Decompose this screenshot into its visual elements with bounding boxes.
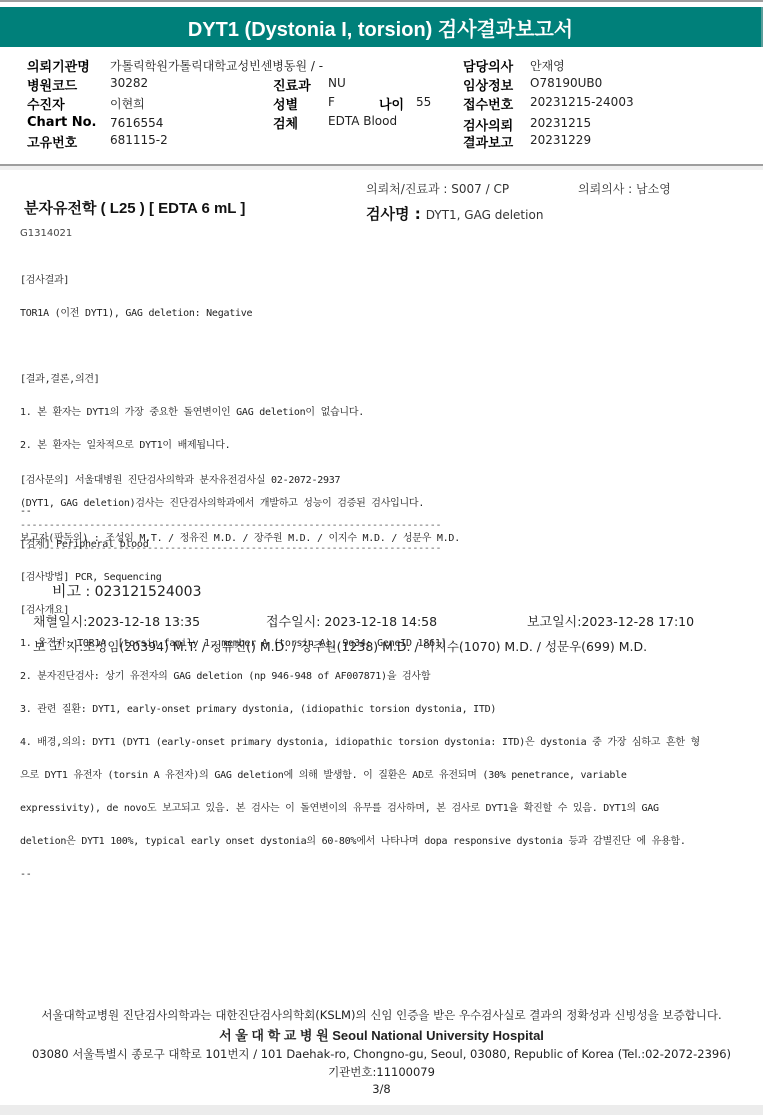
value-clinical-info: O78190UB0 <box>530 76 602 90</box>
inquiry-line: [검사문의] 서울대병원 진단검사의학과 분자유전검사실 02-2072-293… <box>20 475 340 486</box>
label-clinical-info: 임상정보 <box>463 75 513 94</box>
divider-shade <box>0 166 763 170</box>
label-attending-doctor: 담당의사 <box>463 56 513 75</box>
referral-department: 의뢰처/진료과 : S007 / CP <box>366 180 509 197</box>
value-unique-id: 681115-2 <box>110 133 168 147</box>
section-title: 분자유전학 ( L25 ) [ EDTA 6 mL ] <box>24 197 245 218</box>
footer-institution-no: 기관번호:11100079 <box>0 1064 763 1080</box>
reporters-full: 보 고 자:조성임(20394) M.T. / 정유진() M.D. / 장주원… <box>33 636 647 655</box>
reporters-label: 보 고 자 <box>33 640 79 655</box>
report-line: expressivity), de novo도 보고되고 있음. 본 검사는 이… <box>20 803 700 814</box>
reported-value: :2023-12-28 17:10 <box>577 614 694 629</box>
validation-line: (DYT1, GAG deletion)검사는 진단검사의학과에서 개발하고 성… <box>20 498 424 509</box>
report-line: -- <box>20 869 700 880</box>
report-line: [결과,결론,의견] <box>20 374 700 385</box>
exam-name-value: DYT1, GAG deletion <box>426 208 544 222</box>
collected-label: 채혈일시 <box>33 615 83 630</box>
remarks-label: 비고 <box>52 582 81 600</box>
value-age: 55 <box>416 95 431 109</box>
label-requesting-institution: 의뢰기관명 <box>27 56 90 75</box>
label-sex: 성별 <box>273 94 298 113</box>
report-line: 2. 본 환자는 일차적으로 DYT1이 배제됩니다. <box>20 440 700 451</box>
received-datetime: 접수일시: 2023-12-18 14:58 <box>266 611 437 630</box>
value-attending-doctor: 안재영 <box>530 57 565 74</box>
collected-value: :2023-12-18 13:35 <box>83 614 200 629</box>
report-line <box>20 341 700 352</box>
bottom-band <box>0 1105 763 1115</box>
footer-hospital-name: 서 울 대 학 교 병 원 Seoul National University … <box>0 1025 763 1044</box>
report-line: deletion은 DYT1 100%, typical early onset… <box>20 836 700 847</box>
received-label: 접수일시 <box>266 615 316 630</box>
value-accession-no: 20231215-24003 <box>530 95 634 109</box>
value-patient-name: 이현희 <box>110 95 145 112</box>
page-number: 3/8 <box>0 1082 763 1096</box>
exam-name-label: 검사명 : <box>366 205 421 223</box>
label-specimen: 검체 <box>273 113 298 132</box>
remarks-value: : 023121524003 <box>85 584 201 600</box>
report-line: 1. 본 환자는 DYT1의 가장 중요한 돌연변이인 GAG deletion… <box>20 407 700 418</box>
report-title: DYT1 (Dystonia I, torsion) 검사결과보고서 <box>0 7 763 47</box>
report-line: 으로 DYT1 유전자 (torsin A 유전자)의 GAG deletion… <box>20 770 700 781</box>
value-hospital-code: 30282 <box>110 76 148 90</box>
label-hospital-code: 병원코드 <box>27 75 77 94</box>
referring-doctor: 의뢰의사 : 남소영 <box>578 180 671 197</box>
label-accession-no: 접수번호 <box>463 94 513 113</box>
label-chart-no: Chart No. <box>27 115 96 130</box>
label-department: 진료과 <box>273 75 311 94</box>
dash-separator-top: ----------------------------------------… <box>20 520 441 531</box>
value-report-date: 20231229 <box>530 133 591 147</box>
report-body: [검사결과] TOR1A (이전 DYT1), GAG deletion: Ne… <box>20 253 700 891</box>
value-request-date: 20231215 <box>530 116 591 130</box>
report-line: 2. 분자진단검사: 상기 유전자의 GAG deletion (np 946-… <box>20 671 700 682</box>
remarks: 비고 : 023121524003 <box>52 580 202 601</box>
report-line: TOR1A (이전 DYT1), GAG deletion: Negative <box>20 308 700 319</box>
exam-name: 검사명 : DYT1, GAG deletion <box>366 203 543 224</box>
label-report-date: 결과보고 <box>463 132 513 151</box>
dash-separator-bottom: ----------------------------------------… <box>20 543 441 554</box>
received-value: : 2023-12-18 14:58 <box>316 614 437 629</box>
label-age: 나이 <box>379 94 404 113</box>
value-requesting-institution: 가톨릭학원가톨릭대학교성빈센병동원 / - <box>110 57 323 74</box>
test-code: G1314021 <box>20 228 72 239</box>
reporters-value: :조성임(20394) M.T. / 정유진() M.D. / 장주원(1238… <box>79 639 647 654</box>
value-sex: F <box>328 95 335 109</box>
reported-label: 보고일시 <box>527 615 577 630</box>
footer-certification: 서울대학교병원 진단검사의학과는 대한진단검사의학회(KSLM)의 신임 인증을… <box>0 1007 763 1023</box>
footer-address: 03080 서울특별시 종로구 대학로 101번지 / 101 Daehak-r… <box>0 1046 763 1062</box>
value-chart-no: 7616554 <box>110 116 163 130</box>
reported-datetime: 보고일시:2023-12-28 17:10 <box>527 611 694 630</box>
value-department: NU <box>328 76 346 90</box>
label-patient-name: 수진자 <box>27 94 65 113</box>
value-specimen: EDTA Blood <box>328 114 397 128</box>
top-border <box>0 0 763 2</box>
collected-datetime: 채혈일시:2023-12-18 13:35 <box>33 611 200 630</box>
report-line: 3. 관련 질환: DYT1, early-onset primary dyst… <box>20 704 700 715</box>
report-line: 4. 배경,의의: DYT1 (DYT1 (early-onset primar… <box>20 737 700 748</box>
report-line: [검사결과] <box>20 275 700 286</box>
label-unique-id: 고유번호 <box>27 132 77 151</box>
